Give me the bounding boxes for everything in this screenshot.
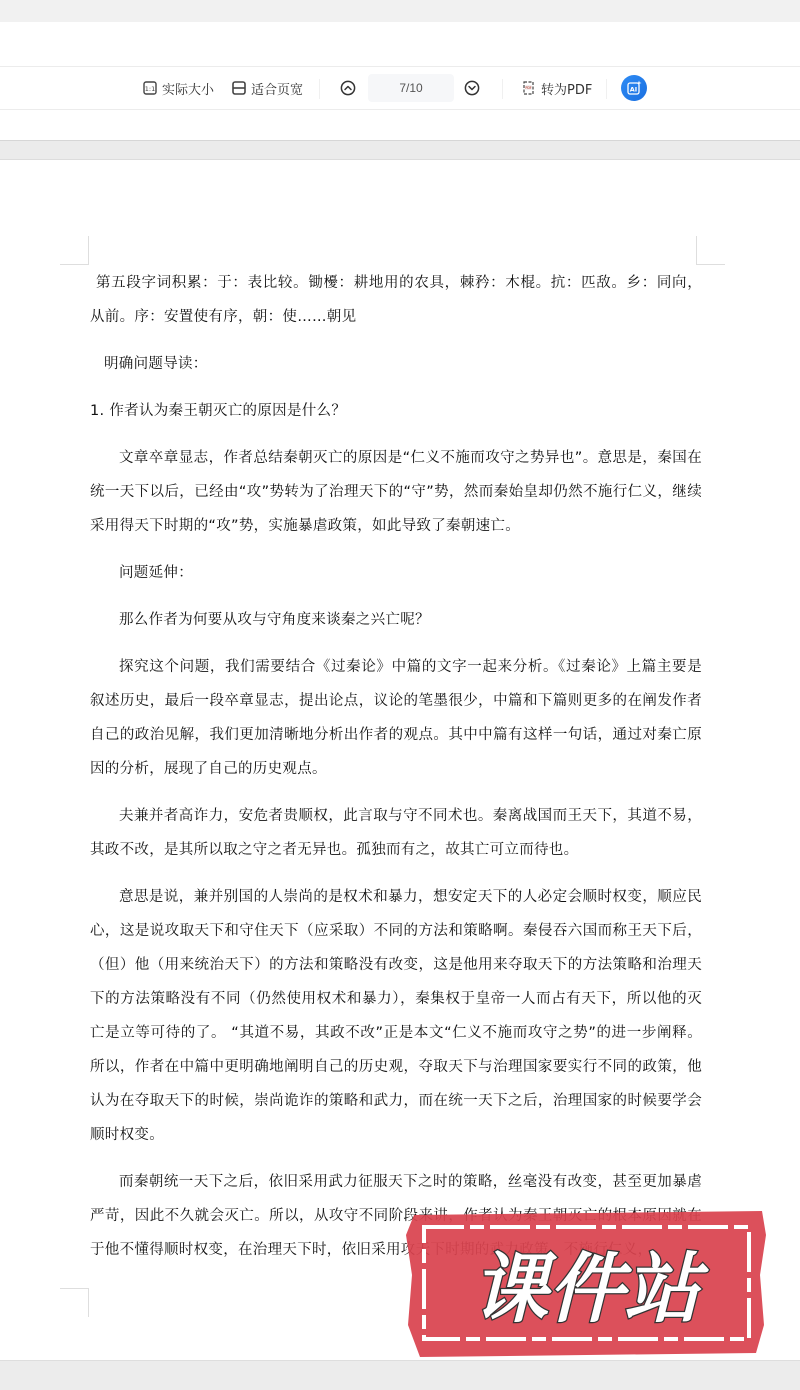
fit-width-icon [232, 81, 246, 95]
page-separator [0, 140, 800, 160]
svg-text:1:1: 1:1 [145, 85, 155, 93]
chevron-down-circle-icon[interactable] [464, 80, 480, 96]
viewer-toolbar: 1:1 实际大小 适合页宽 7/10 PDF 转为PDF AI [0, 66, 800, 110]
paragraph-vocabulary: 第五段字词积累：于：表比较。锄櫌：耕地用的农具，棘矜：木棍。抗：匹敌。乡：同向，… [90, 266, 702, 334]
page-margin-mark-top-left [60, 236, 89, 265]
subheader-area [0, 110, 800, 140]
paragraph-question-2: 那么作者为何要从攻与守角度来谈秦之兴亡呢？ [90, 603, 702, 637]
pdf-convert-icon: PDF [521, 80, 536, 96]
chevron-up-circle-icon[interactable] [340, 80, 356, 96]
svg-text:PDF: PDF [525, 86, 531, 90]
ai-assistant-icon: AI [626, 80, 642, 96]
toolbar-divider [502, 79, 503, 99]
actual-size-button[interactable]: 1:1 实际大小 [143, 67, 214, 109]
header-area [0, 22, 800, 66]
paragraph-question-1: 1. 作者认为秦王朝灭亡的原因是什么？ [90, 394, 702, 428]
actual-size-label: 实际大小 [162, 79, 214, 98]
convert-pdf-button[interactable]: PDF 转为PDF [521, 67, 592, 109]
paragraph-conclusion: 而秦朝统一天下之后，依旧采用武力征服天下之时的策略，丝毫没有改变，甚至更加暴虐严… [90, 1165, 702, 1267]
paragraph-quote: 夫兼并者高诈力，安危者贵顺权，此言取与守不同术也。秦离战国而王天下，其道不易，其… [90, 799, 702, 867]
fit-width-label: 适合页宽 [251, 79, 303, 98]
toolbar-divider [319, 79, 320, 99]
paragraph-answer-1: 文章卒章显志，作者总结秦朝灭亡的原因是“仁义不施而攻守之势异也”。意思是，秦国在… [90, 441, 702, 543]
bottom-area [0, 1360, 800, 1390]
fit-width-button[interactable]: 适合页宽 [232, 67, 303, 109]
page-margin-mark-top-right [696, 236, 725, 265]
actual-size-icon: 1:1 [143, 81, 157, 95]
page-indicator[interactable]: 7/10 [368, 74, 454, 102]
ai-assistant-button[interactable]: AI [621, 75, 647, 101]
paragraph-heading-extension: 问题延伸： [90, 556, 702, 590]
toolbar-divider [606, 79, 607, 99]
page-margin-mark-bottom-left [60, 1288, 89, 1317]
paragraph-heading-guide: 明确问题导读： [90, 347, 702, 381]
svg-text:AI: AI [630, 86, 637, 94]
paragraph-explanation: 意思是说，兼并别国的人崇尚的是权术和暴力，想安定天下的人必定会顺时权变，顺应民心… [90, 880, 702, 1152]
paragraph-analysis: 探究这个问题，我们需要结合《过秦论》中篇的文字一起来分析。《过秦论》上篇主要是叙… [90, 650, 702, 786]
top-strip [0, 0, 800, 22]
convert-pdf-label: 转为PDF [541, 79, 592, 98]
document-text: 第五段字词积累：于：表比较。锄櫌：耕地用的农具，棘矜：木棍。抗：匹敌。乡：同向，… [90, 266, 702, 1267]
